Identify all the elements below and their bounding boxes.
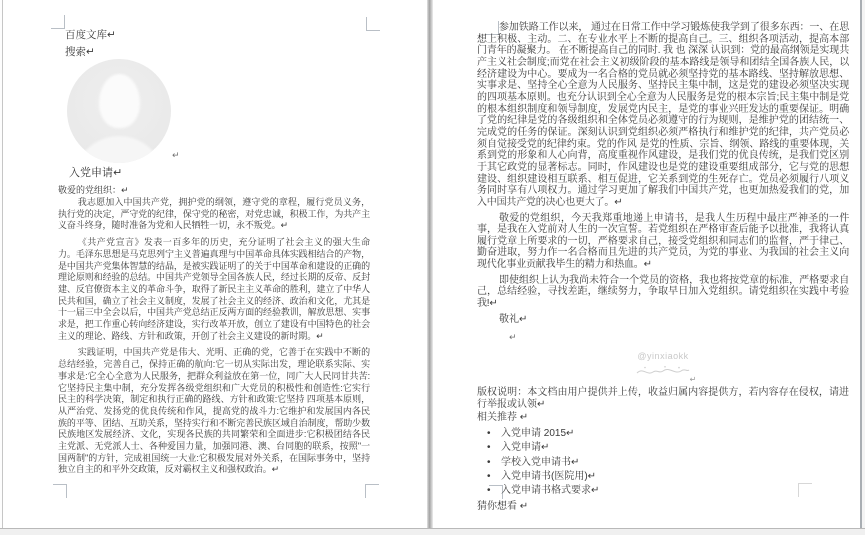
avatar-shoulders-icon [72, 136, 166, 163]
search-link[interactable]: 搜索↵ [65, 44, 95, 59]
paragraph: 《共产党宣言》发表一百多年的历史，充分证明了社会主义的强大生命力。毛泽东思想是马… [58, 237, 370, 342]
guess-you-like-title: 猜你想看 ↵ [477, 501, 849, 514]
bullet-icon: • [487, 427, 501, 441]
related-item[interactable]: •入党申请 2015↵ [477, 427, 849, 441]
related-item-label[interactable]: 入党申请书格式要求↵ [501, 485, 599, 496]
page-1: 百度文库↵ 搜索↵ ↵ 入党申请↵ 敬爱的党组织：↵ 我志愿加入中国共产党，拥护… [3, 0, 427, 528]
bullet-icon: • [487, 470, 501, 484]
related-item-label[interactable]: 入党申请 2015↵ [501, 428, 574, 439]
copyright-notice: 版权说明：本文档由用户提供并上传，收益归属内容提供方，若内容存在侵权，请进行举报… [477, 387, 849, 411]
avatar-head-icon [99, 74, 140, 128]
document-title: 入党申请↵ [69, 164, 122, 180]
related-item[interactable]: •入党申请书格式要求↵ [477, 484, 849, 498]
salutation-line: 敬爱的党组织：↵ [58, 183, 129, 196]
paragraph: 我志愿加入中国共产党，拥护党的纲领，遵守党的章程，履行党员义务，执行党的决定，严… [58, 197, 370, 232]
related-item[interactable]: •学校入党申请书↵ [477, 456, 849, 470]
related-recommendations-list: •入党申请 2015↵ •入党申请↵ •学校入党申请书↵ •入党申请书(医院用)… [477, 427, 849, 499]
related-item[interactable]: •入党申请书(医院用)↵ [477, 470, 849, 484]
related-item-label[interactable]: 学校入党申请书↵ [501, 457, 579, 468]
window-bottom-strip [0, 528, 865, 535]
page-2-body-text: 参加铁路工作以来， 通过在日常工作中学习锻炼使我学到了很多东西：一、在思想上积极… [477, 22, 849, 513]
related-item[interactable]: •入党申请↵ [477, 441, 849, 455]
paragraph: 即使组织上认为我尚未符合一个党员的资格，我也将按党章的标准，严格要求自己，总结经… [477, 275, 849, 310]
watermark-text: @yinxiaokk [637, 351, 688, 361]
breadcrumb-baidu-wenku[interactable]: 百度文库↵ [65, 27, 116, 42]
paragraph-mark: ↵ [172, 150, 180, 161]
margin-mark-bottom-right-icon [365, 484, 379, 498]
related-item-label[interactable]: 入党申请书(医院用)↵ [501, 471, 596, 482]
paragraph: 敬爱的党组织，今天我郑重地递上申请书，是我人生历程中最庄严神圣的一件事，是我在入… [477, 213, 849, 271]
bullet-icon: • [487, 484, 501, 498]
related-item-label[interactable]: 入党申请↵ [501, 442, 549, 453]
document-viewer: 百度文库↵ 搜索↵ ↵ 入党申请↵ 敬爱的党组织：↵ 我志愿加入中国共产党，拥护… [0, 0, 865, 535]
margin-mark-top-left-icon [51, 15, 65, 29]
bullet-icon: • [487, 456, 501, 470]
bullet-icon: • [487, 441, 501, 455]
page-1-body-text: 我志愿加入中国共产党，拥护党的纲领，遵守党的章程，履行党员义务，执行党的决定，严… [58, 197, 370, 481]
watermark-block: @yinxiaokk ↵ [477, 346, 849, 384]
page-2: 参加铁路工作以来， 通过在日常工作中学习锻炼使我学到了很多东西：一、在思想上积极… [433, 0, 861, 528]
margin-mark-top-right-icon [366, 17, 380, 31]
avatar-placeholder-image [67, 59, 171, 163]
related-recommendations-title: 相关推荐 ↵ [477, 412, 849, 425]
paragraph: 实践证明，中国共产党是伟大、光明、正确的党，它善于在实践中不断的总结经验，完善自… [58, 347, 370, 476]
paragraph-mark: ↵ [537, 375, 849, 384]
empty-paragraph-mark: ↵ [509, 332, 849, 342]
closing-salute: 敬礼↵ [477, 314, 849, 326]
margin-mark-bottom-left-icon [53, 484, 67, 498]
paragraph: 参加铁路工作以来， 通过在日常工作中学习锻炼使我学到了很多东西：一、在思想上积极… [477, 22, 849, 209]
